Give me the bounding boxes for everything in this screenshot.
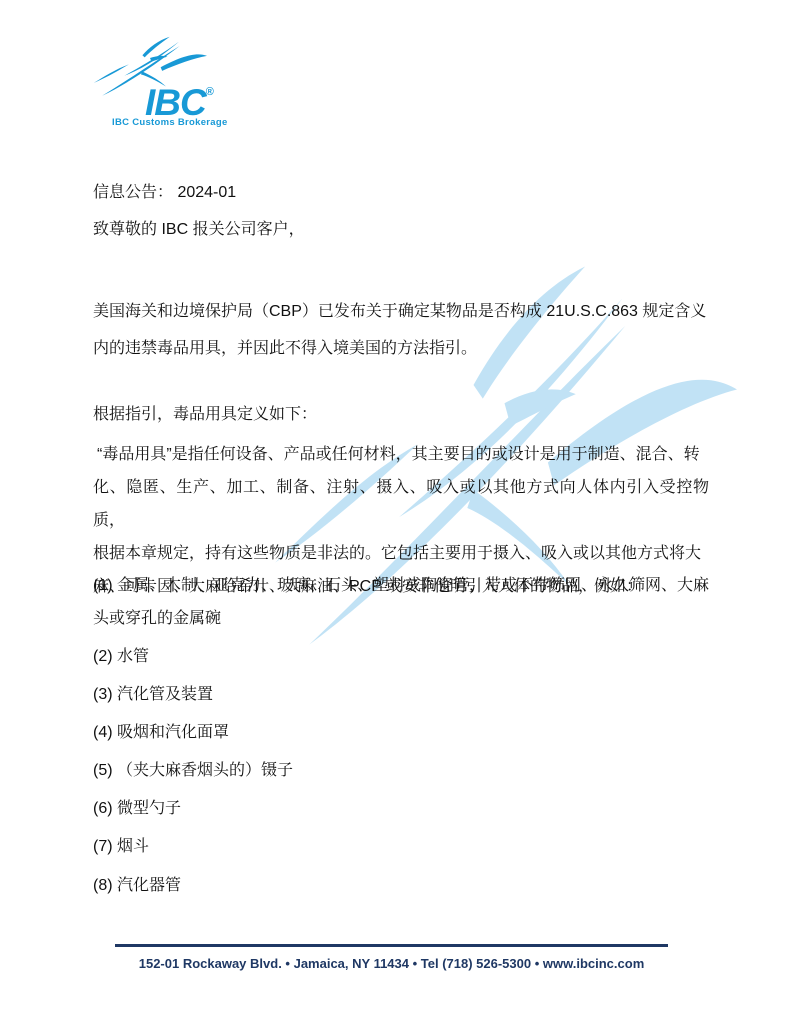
definition-heading: 根据指引，毒品用具定义如下： <box>93 403 709 427</box>
ibc-logo: IBC® IBC Customs Brokerage <box>93 36 253 136</box>
footer-divider <box>115 944 668 947</box>
bulletin-number: 信息公告： 2024-01 <box>93 181 709 205</box>
salutation: 致尊敬的 IBC 报关公司客户， <box>93 218 709 242</box>
list-item: (5) （夹大麻香烟头的）镊子 <box>93 754 709 787</box>
list-item: (2) 水管 <box>93 640 709 673</box>
list-item: (1) 金属、木制、亚克力、玻璃、石头、塑料或陶瓷管，带或不带筛网、永久筛网、大… <box>93 569 709 635</box>
list-item: (4) 吸烟和汽化面罩 <box>93 716 709 749</box>
list-item: (7) 烟斗 <box>93 830 709 863</box>
list-item: (6) 微型勺子 <box>93 792 709 825</box>
registered-trademark-symbol: ® <box>206 86 214 98</box>
intro-paragraph: 美国海关和边境保护局（CBP）已发布关于确定某物品是否构成 21U.S.C.86… <box>93 293 709 367</box>
list-item: (3) 汽化管及装置 <box>93 678 709 711</box>
logo-tagline: IBC Customs Brokerage <box>112 117 228 128</box>
footer-address: 152-01 Rockaway Blvd. • Jamaica, NY 1143… <box>115 956 668 971</box>
document-page: IBC® IBC Customs Brokerage 信息公告： 2024-01… <box>0 0 791 1024</box>
list-item: (8) 汽化器管 <box>93 869 709 902</box>
logo-wordmark: IBC® <box>145 84 214 121</box>
